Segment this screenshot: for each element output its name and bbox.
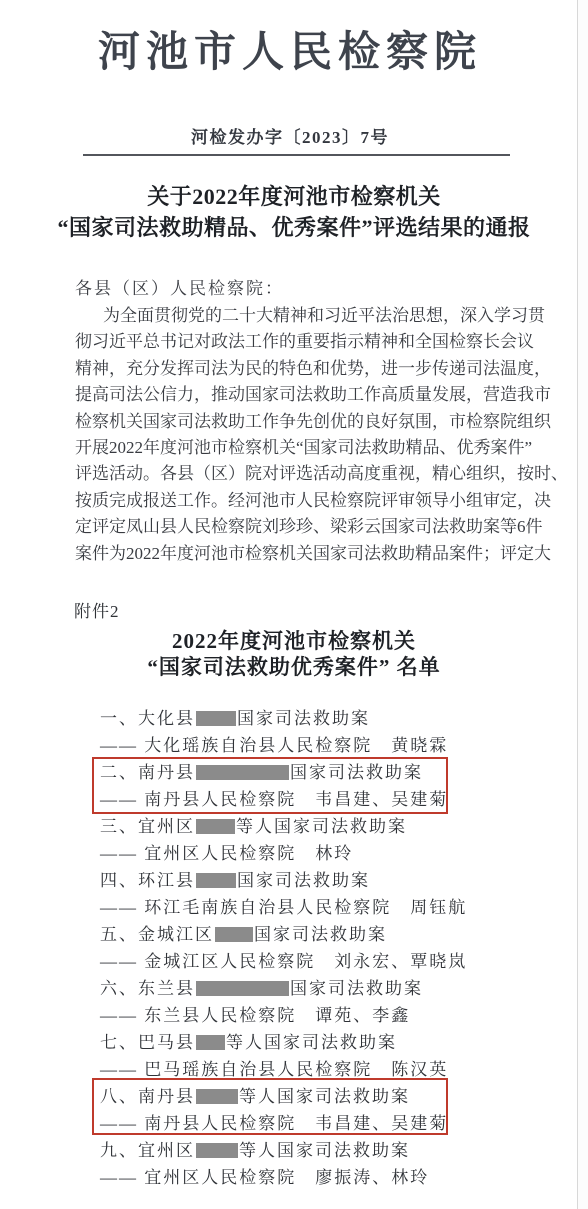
attachment-title: 2022年度河池市检察机关 “国家司法救助优秀案件” 名单 bbox=[40, 628, 548, 680]
case-prefix: 一、大化县 bbox=[100, 709, 195, 728]
attachment-label: 附件2 bbox=[74, 602, 120, 622]
salutation: 各县（区）人民检察院： bbox=[75, 279, 505, 299]
case-attribution: —— 宜州区人民检察院 林玲 bbox=[100, 844, 353, 863]
case-suffix: 国家司法救助案 bbox=[290, 979, 423, 998]
redaction-block bbox=[196, 873, 236, 888]
document-title: 关于2022年度河池市检察机关 “国家司法救助精品、优秀案件”评选结果的通报 bbox=[40, 181, 548, 243]
document-title-line-2: “国家司法救助精品、优秀案件”评选结果的通报 bbox=[40, 212, 548, 243]
body-line: 评选活动。各县（区）院对评选活动高度重视，精心组织，按时、 bbox=[75, 461, 504, 487]
case-item-8: 八、南丹县等人国家司法救助案 —— 南丹县人民检察院 韦昌建、吴建菊 bbox=[100, 1083, 520, 1137]
body-line: 彻习近平总书记对政法工作的重要指示精神和全国检察长会议 bbox=[75, 329, 504, 355]
body-line: 提高司法公信力，推动国家司法救助工作高质量发展，营造我市 bbox=[75, 382, 504, 408]
case-title-line: 三、宜州区等人国家司法救助案 bbox=[100, 813, 520, 840]
case-title-line: 四、环江县国家司法救助案 bbox=[100, 867, 520, 894]
case-item-6: 六、东兰县国家司法救助案 —— 东兰县人民检察院 谭苑、李鑫 bbox=[100, 975, 520, 1029]
header-divider bbox=[83, 154, 510, 156]
case-prefix: 八、南丹县 bbox=[100, 1087, 195, 1106]
case-item-7: 七、巴马县等人国家司法救助案 —— 巴马瑶族自治县人民检察院 陈汉英 bbox=[100, 1029, 520, 1083]
redaction-block bbox=[215, 927, 253, 942]
document-page: 河池市人民检察院 河检发办字〔2023〕7号 关于2022年度河池市检察机关 “… bbox=[0, 0, 588, 1209]
case-attribution-line: —— 金城江区人民检察院 刘永宏、覃晓岚 bbox=[100, 948, 520, 975]
redaction-block bbox=[196, 711, 236, 726]
case-attribution-line: —— 东兰县人民检察院 谭苑、李鑫 bbox=[100, 1002, 520, 1029]
case-title-line: 五、金城江区国家司法救助案 bbox=[100, 921, 520, 948]
case-suffix: 国家司法救助案 bbox=[290, 763, 423, 782]
case-attribution-line: —— 南丹县人民检察院 韦昌建、吴建菊 bbox=[100, 786, 520, 813]
case-item-3: 三、宜州区等人国家司法救助案 —— 宜州区人民检察院 林玲 bbox=[100, 813, 520, 867]
case-attribution-line: —— 南丹县人民检察院 韦昌建、吴建菊 bbox=[100, 1110, 520, 1137]
case-item-5: 五、金城江区国家司法救助案 —— 金城江区人民检察院 刘永宏、覃晓岚 bbox=[100, 921, 520, 975]
redaction-block bbox=[196, 981, 289, 996]
case-prefix: 四、环江县 bbox=[100, 871, 195, 890]
case-title-line: 八、南丹县等人国家司法救助案 bbox=[100, 1083, 520, 1110]
case-item-9: 九、宜州区等人国家司法救助案 —— 宜州区人民检察院 廖振涛、林玲 bbox=[100, 1137, 520, 1191]
body-line: 精神，充分发挥司法为民的特色和优势，进一步传递司法温度， bbox=[75, 356, 504, 382]
case-suffix: 等人国家司法救助案 bbox=[236, 817, 407, 836]
case-attribution: —— 环江毛南族自治县人民检察院 周钰航 bbox=[100, 898, 467, 917]
body-paragraph: 为全面贯彻党的二十大精神和习近平法治思想，深入学习贯 彻习近平总书记对政法工作的… bbox=[75, 303, 504, 567]
body-line: 开展2022年度河池市检察机关“国家司法救助精品、优秀案件” bbox=[75, 435, 504, 461]
case-suffix: 等人国家司法救助案 bbox=[226, 1033, 397, 1052]
case-item-1: 一、大化县国家司法救助案 —— 大化瑶族自治县人民检察院 黄晓霖 bbox=[100, 705, 520, 759]
case-list: 一、大化县国家司法救助案 —— 大化瑶族自治县人民检察院 黄晓霖 二、南丹县国家… bbox=[100, 705, 520, 1191]
case-title-line: 一、大化县国家司法救助案 bbox=[100, 705, 520, 732]
case-attribution-line: —— 环江毛南族自治县人民检察院 周钰航 bbox=[100, 894, 520, 921]
case-title-line: 九、宜州区等人国家司法救助案 bbox=[100, 1137, 520, 1164]
redaction-block bbox=[196, 1035, 225, 1050]
case-prefix: 九、宜州区 bbox=[100, 1141, 195, 1160]
document-number: 河检发办字〔2023〕7号 bbox=[75, 128, 505, 148]
case-item-2: 二、南丹县国家司法救助案 —— 南丹县人民检察院 韦昌建、吴建菊 bbox=[100, 759, 520, 813]
case-suffix: 国家司法救助案 bbox=[237, 709, 370, 728]
case-attribution-line: —— 大化瑶族自治县人民检察院 黄晓霖 bbox=[100, 732, 520, 759]
redaction-block bbox=[196, 1143, 238, 1158]
page-right-margin bbox=[578, 0, 588, 1209]
page-edge-line bbox=[577, 0, 578, 1209]
case-prefix: 二、南丹县 bbox=[100, 763, 195, 782]
body-line: 按质完成报送工作。经河池市人民检察院评审领导小组审定，决 bbox=[75, 488, 504, 514]
case-suffix: 等人国家司法救助案 bbox=[239, 1087, 410, 1106]
body-line: 为全面贯彻党的二十大精神和习近平法治思想，深入学习贯 bbox=[75, 303, 504, 329]
body-line: 案件为2022年度河池市检察机关国家司法救助精品案件；评定大 bbox=[75, 541, 504, 567]
case-attribution-line: —— 宜州区人民检察院 廖振涛、林玲 bbox=[100, 1164, 520, 1191]
case-title-line: 二、南丹县国家司法救助案 bbox=[100, 759, 520, 786]
attachment-title-line-1: 2022年度河池市检察机关 bbox=[40, 628, 548, 654]
case-attribution: —— 南丹县人民检察院 韦昌建、吴建菊 bbox=[100, 1114, 448, 1133]
case-attribution: —— 宜州区人民检察院 廖振涛、林玲 bbox=[100, 1168, 429, 1187]
case-title-line: 六、东兰县国家司法救助案 bbox=[100, 975, 520, 1002]
case-prefix: 五、金城江区 bbox=[100, 925, 214, 944]
case-attribution: —— 南丹县人民检察院 韦昌建、吴建菊 bbox=[100, 790, 448, 809]
body-line: 检察机关国家司法救助工作争先创优的良好氛围，市检察院组织 bbox=[75, 409, 504, 435]
letterhead-title: 河池市人民检察院 bbox=[75, 27, 505, 79]
case-attribution: —— 金城江区人民检察院 刘永宏、覃晓岚 bbox=[100, 952, 467, 971]
case-prefix: 三、宜州区 bbox=[100, 817, 195, 836]
case-prefix: 七、巴马县 bbox=[100, 1033, 195, 1052]
document-title-line-1: 关于2022年度河池市检察机关 bbox=[40, 181, 548, 212]
redaction-block bbox=[196, 765, 289, 780]
case-attribution: —— 大化瑶族自治县人民检察院 黄晓霖 bbox=[100, 736, 448, 755]
case-attribution: —— 巴马瑶族自治县人民检察院 陈汉英 bbox=[100, 1060, 448, 1079]
case-item-4: 四、环江县国家司法救助案 —— 环江毛南族自治县人民检察院 周钰航 bbox=[100, 867, 520, 921]
redaction-block bbox=[196, 819, 235, 834]
body-line: 定评定凤山县人民检察院刘珍珍、梁彩云国家司法救助案等6件 bbox=[75, 514, 504, 540]
case-suffix: 国家司法救助案 bbox=[254, 925, 387, 944]
case-suffix: 国家司法救助案 bbox=[237, 871, 370, 890]
case-suffix: 等人国家司法救助案 bbox=[239, 1141, 410, 1160]
case-attribution-line: —— 巴马瑶族自治县人民检察院 陈汉英 bbox=[100, 1056, 520, 1083]
case-prefix: 六、东兰县 bbox=[100, 979, 195, 998]
case-title-line: 七、巴马县等人国家司法救助案 bbox=[100, 1029, 520, 1056]
case-attribution-line: —— 宜州区人民检察院 林玲 bbox=[100, 840, 520, 867]
attachment-title-line-2: “国家司法救助优秀案件” 名单 bbox=[40, 654, 548, 680]
case-attribution: —— 东兰县人民检察院 谭苑、李鑫 bbox=[100, 1006, 410, 1025]
redaction-block bbox=[196, 1089, 238, 1104]
